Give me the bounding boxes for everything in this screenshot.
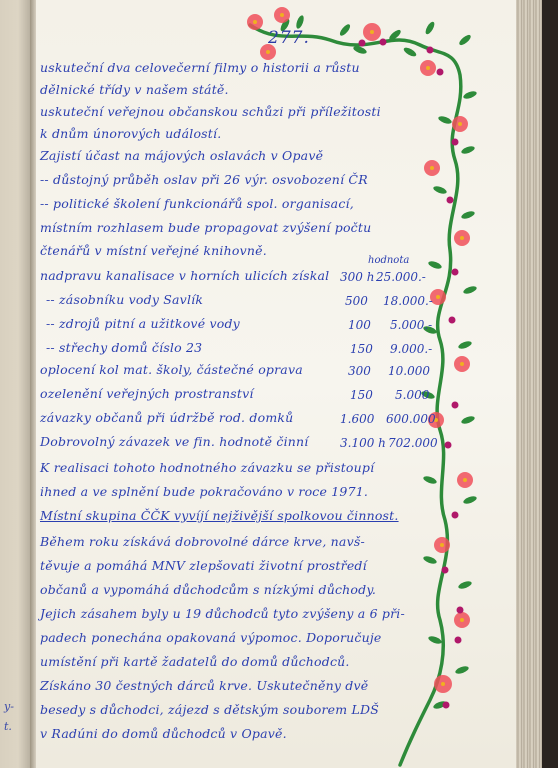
text-line: dělnické třídy v našem státě. xyxy=(40,82,229,97)
table-row-value: 5.000.- xyxy=(390,318,432,332)
table-row-qty: 3.100 h xyxy=(340,436,386,450)
text-line: Získáno 30 čestných dárců krve. Uskutečn… xyxy=(40,678,368,693)
text-line: uskuteční dva celovečerní filmy o histor… xyxy=(40,60,360,75)
table-row-item: -- zásobníku vody Savlík xyxy=(46,292,203,307)
page-number: 277. xyxy=(268,28,310,48)
text-line: občanů a vypomáhá důchodcům s nízkými dů… xyxy=(40,582,376,597)
text-line: Jejich zásahem byly u 19 důchodců tyto z… xyxy=(40,606,405,621)
text-line: Zajistí účast na májových oslavách v Opa… xyxy=(40,148,323,163)
text-line: těvuje a pomáhá MNV zlepšovati životní p… xyxy=(40,558,367,573)
text-line: k dnům únorových událostí. xyxy=(40,126,221,141)
table-row-value: 5.000 xyxy=(395,388,429,402)
text-line: uskuteční veřejnou občanskou schůzi při … xyxy=(40,104,381,119)
table-row-value: 702.000 xyxy=(388,436,438,450)
text-line: besedy s důchodci, zájezd s dětským soub… xyxy=(40,702,379,717)
text-line: -- důstojný průběh oslav při 26 výr. osv… xyxy=(40,172,368,187)
text-line: K realisaci tohoto hodnotného závazku se… xyxy=(40,460,374,475)
table-row-item: -- střechy domů číslo 23 xyxy=(46,340,202,355)
text-line: -- politické školení funkcionářů spol. o… xyxy=(40,196,354,211)
table-row-item: závazky občanů při údržbě rod. domků xyxy=(40,410,293,425)
text-line: ihned a ve splnění bude pokračováno v ro… xyxy=(40,484,368,499)
table-row-item: oplocení kol mat. školy, částečné oprava xyxy=(40,362,303,377)
text-line: čtenářů v místní veřejné knihovně. xyxy=(40,243,267,258)
table-row-qty: 100 xyxy=(348,318,371,332)
text-line: umístění při kartě žadatelů do domů důch… xyxy=(40,654,350,669)
table-row-value: 600.000 xyxy=(386,412,436,426)
value-column-header: hodnota xyxy=(368,255,409,266)
text-line: místním rozhlasem bude propagovat zvýšen… xyxy=(40,220,371,235)
table-row-qty: 300 xyxy=(348,364,371,378)
table-row-qty: 150 xyxy=(350,388,373,402)
table-row-item: nadpravu kanalisace v horních ulicích zí… xyxy=(40,268,329,283)
table-row-qty: 1.600 xyxy=(340,412,374,426)
table-row-value: 10.000 xyxy=(388,364,430,378)
table-row-item: ozelenění veřejných prostranství xyxy=(40,386,254,401)
text-line: v Radúni do domů důchodců v Opavě. xyxy=(40,726,287,741)
text-line: padech ponechána opakovaná výpomoc. Dopo… xyxy=(40,630,382,645)
table-row-qty: 500 xyxy=(345,294,368,308)
table-row-qty: 150 xyxy=(350,342,373,356)
table-row-value: 25.000.- xyxy=(376,270,426,284)
table-row-item: -- zdrojů pitní a užitkové vody xyxy=(46,316,240,331)
text-line: Během roku získává dobrovolné dárce krve… xyxy=(40,534,365,549)
table-row-value: 9.000.- xyxy=(390,342,432,356)
table-row-item: Dobrovolný závazek ve fin. hodnotě činní xyxy=(40,434,309,449)
table-row-value: 18.000.- xyxy=(383,294,433,308)
table-row-qty: 300 h xyxy=(340,270,374,284)
section-heading-line: Místní skupina ČČK vyvíjí nejživější spo… xyxy=(40,508,399,523)
